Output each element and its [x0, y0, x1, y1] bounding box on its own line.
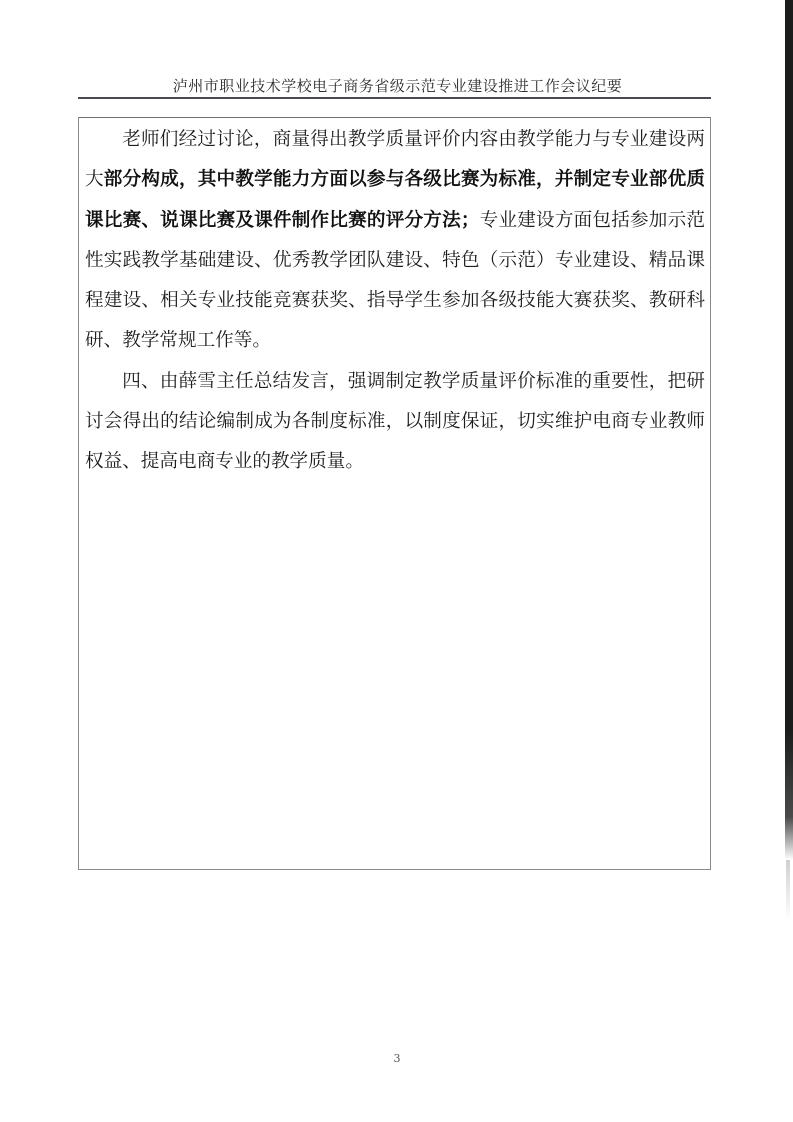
scanner-edge-shadow [785, 0, 793, 860]
paragraph-2-segment-1: 四、由薛雪主任总结发言，强调制定教学质量评价标准的重要性，把研讨会得出的结论编制… [85, 371, 705, 473]
paragraph-evaluation-content: 老师们经过讨论，商量得出教学质量评价内容由教学能力与专业建设两大部分构成，其中教… [85, 120, 705, 362]
header-rule [78, 97, 711, 99]
paragraph-summary-speech: 四、由薛雪主任总结发言，强调制定教学质量评价标准的重要性，把研讨会得出的结论编制… [85, 362, 705, 483]
body-text: 老师们经过讨论，商量得出教学质量评价内容由教学能力与专业建设两大部分构成，其中教… [85, 120, 705, 483]
page-number: 3 [391, 1052, 403, 1065]
running-header: 泸州市职业技术学校电子商务省级示范专业建设推进工作会议纪要 [85, 75, 710, 96]
scanner-edge-fade [786, 860, 790, 920]
